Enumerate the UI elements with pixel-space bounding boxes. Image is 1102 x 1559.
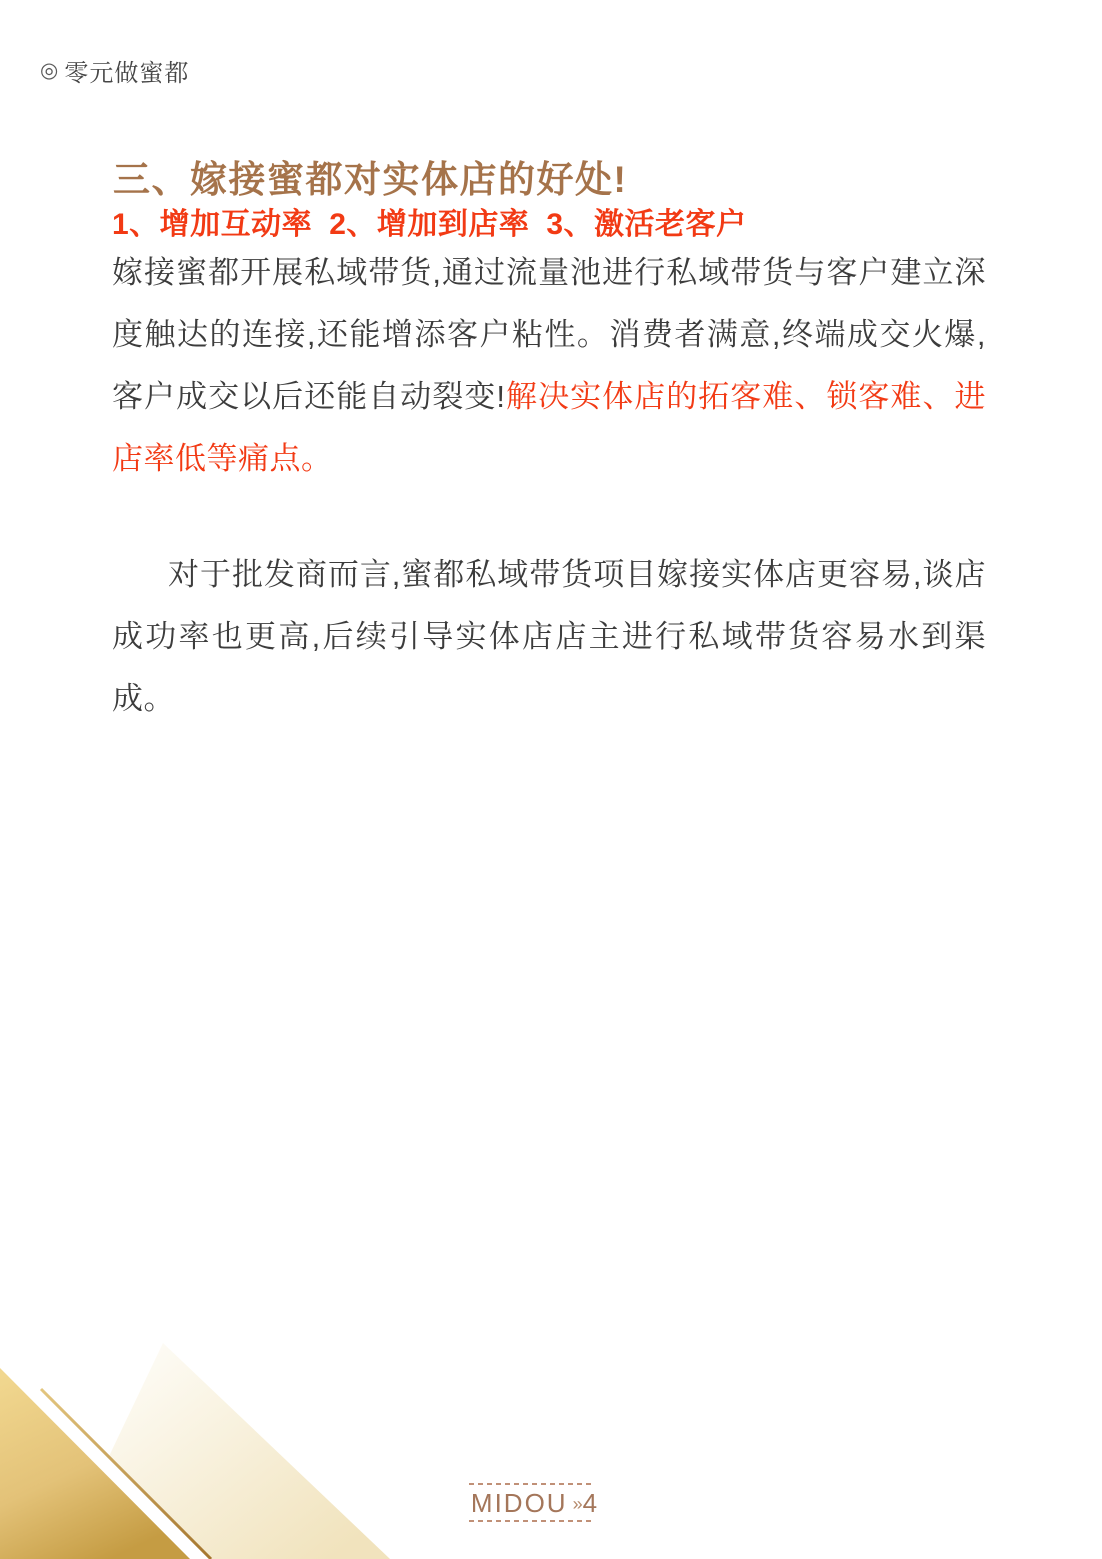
benefit-item-2: 2、增加到店率 [329, 199, 529, 243]
benefit-item-1: 1、增加互动率 [112, 199, 312, 243]
page-footer: MIDOU»4 [469, 1483, 601, 1522]
document-page: ◎ 零元做蜜都 三、嫁接蜜都对实体店的好处! 1、增加互动率 2、增加到店率 3… [0, 0, 1102, 1559]
footer-dash-bottom [469, 1520, 595, 1522]
brand-header: ◎ 零元做蜜都 [40, 53, 189, 88]
double-chevron-icon: » [573, 1494, 582, 1514]
benefit-item-3: 3、激活老客户 [546, 199, 746, 243]
double-circle-icon: ◎ [40, 60, 59, 81]
brand-header-label: 零元做蜜都 [64, 53, 189, 88]
benefit-list: 1、增加互动率 2、增加到店率 3、激活老客户 [112, 199, 747, 243]
gold-corner-decoration [0, 1339, 420, 1559]
paragraph-2: 对于批发商而言,蜜都私域带货项目嫁接实体店更容易,谈店成功率也更高,后续引导实体… [112, 544, 986, 730]
body-text: 嫁接蜜都开展私域带货,通过流量池进行私域带货与客户建立深度触达的连接,还能增添客… [112, 242, 986, 730]
section-heading: 三、嫁接蜜都对实体店的好处! [113, 149, 627, 203]
paragraph-1: 嫁接蜜都开展私域带货,通过流量池进行私域带货与客户建立深度触达的连接,还能增添客… [112, 242, 986, 490]
footer-page-number: 4 [583, 1488, 599, 1518]
footer-page-marker: MIDOU»4 [469, 1485, 601, 1520]
footer-brand: MIDOU [471, 1488, 568, 1518]
